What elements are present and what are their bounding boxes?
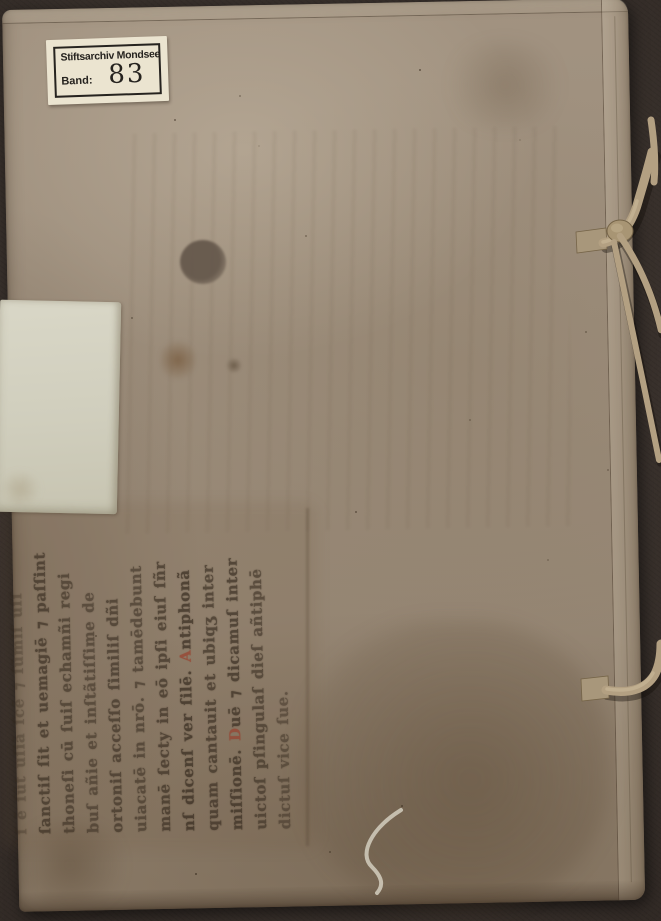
band-field-label: Band: [61,75,93,88]
pastedown-leaf-edge [306,508,309,846]
text-showthrough-streaks [117,126,574,534]
archive-label-frame: Stiftsarchiv Mondsee Band: 83 [53,43,162,98]
paper-patch [0,300,121,514]
archive-label: Stiftsarchiv Mondsee Band: 83 [46,36,169,105]
band-number: 83 [108,61,146,88]
photo-stage: ſ ē ſūt uſiā ſcē ⁊ ſūmiſ uſſſanctiſ ſit … [0,0,661,921]
band-row: Band: 83 [61,60,156,89]
